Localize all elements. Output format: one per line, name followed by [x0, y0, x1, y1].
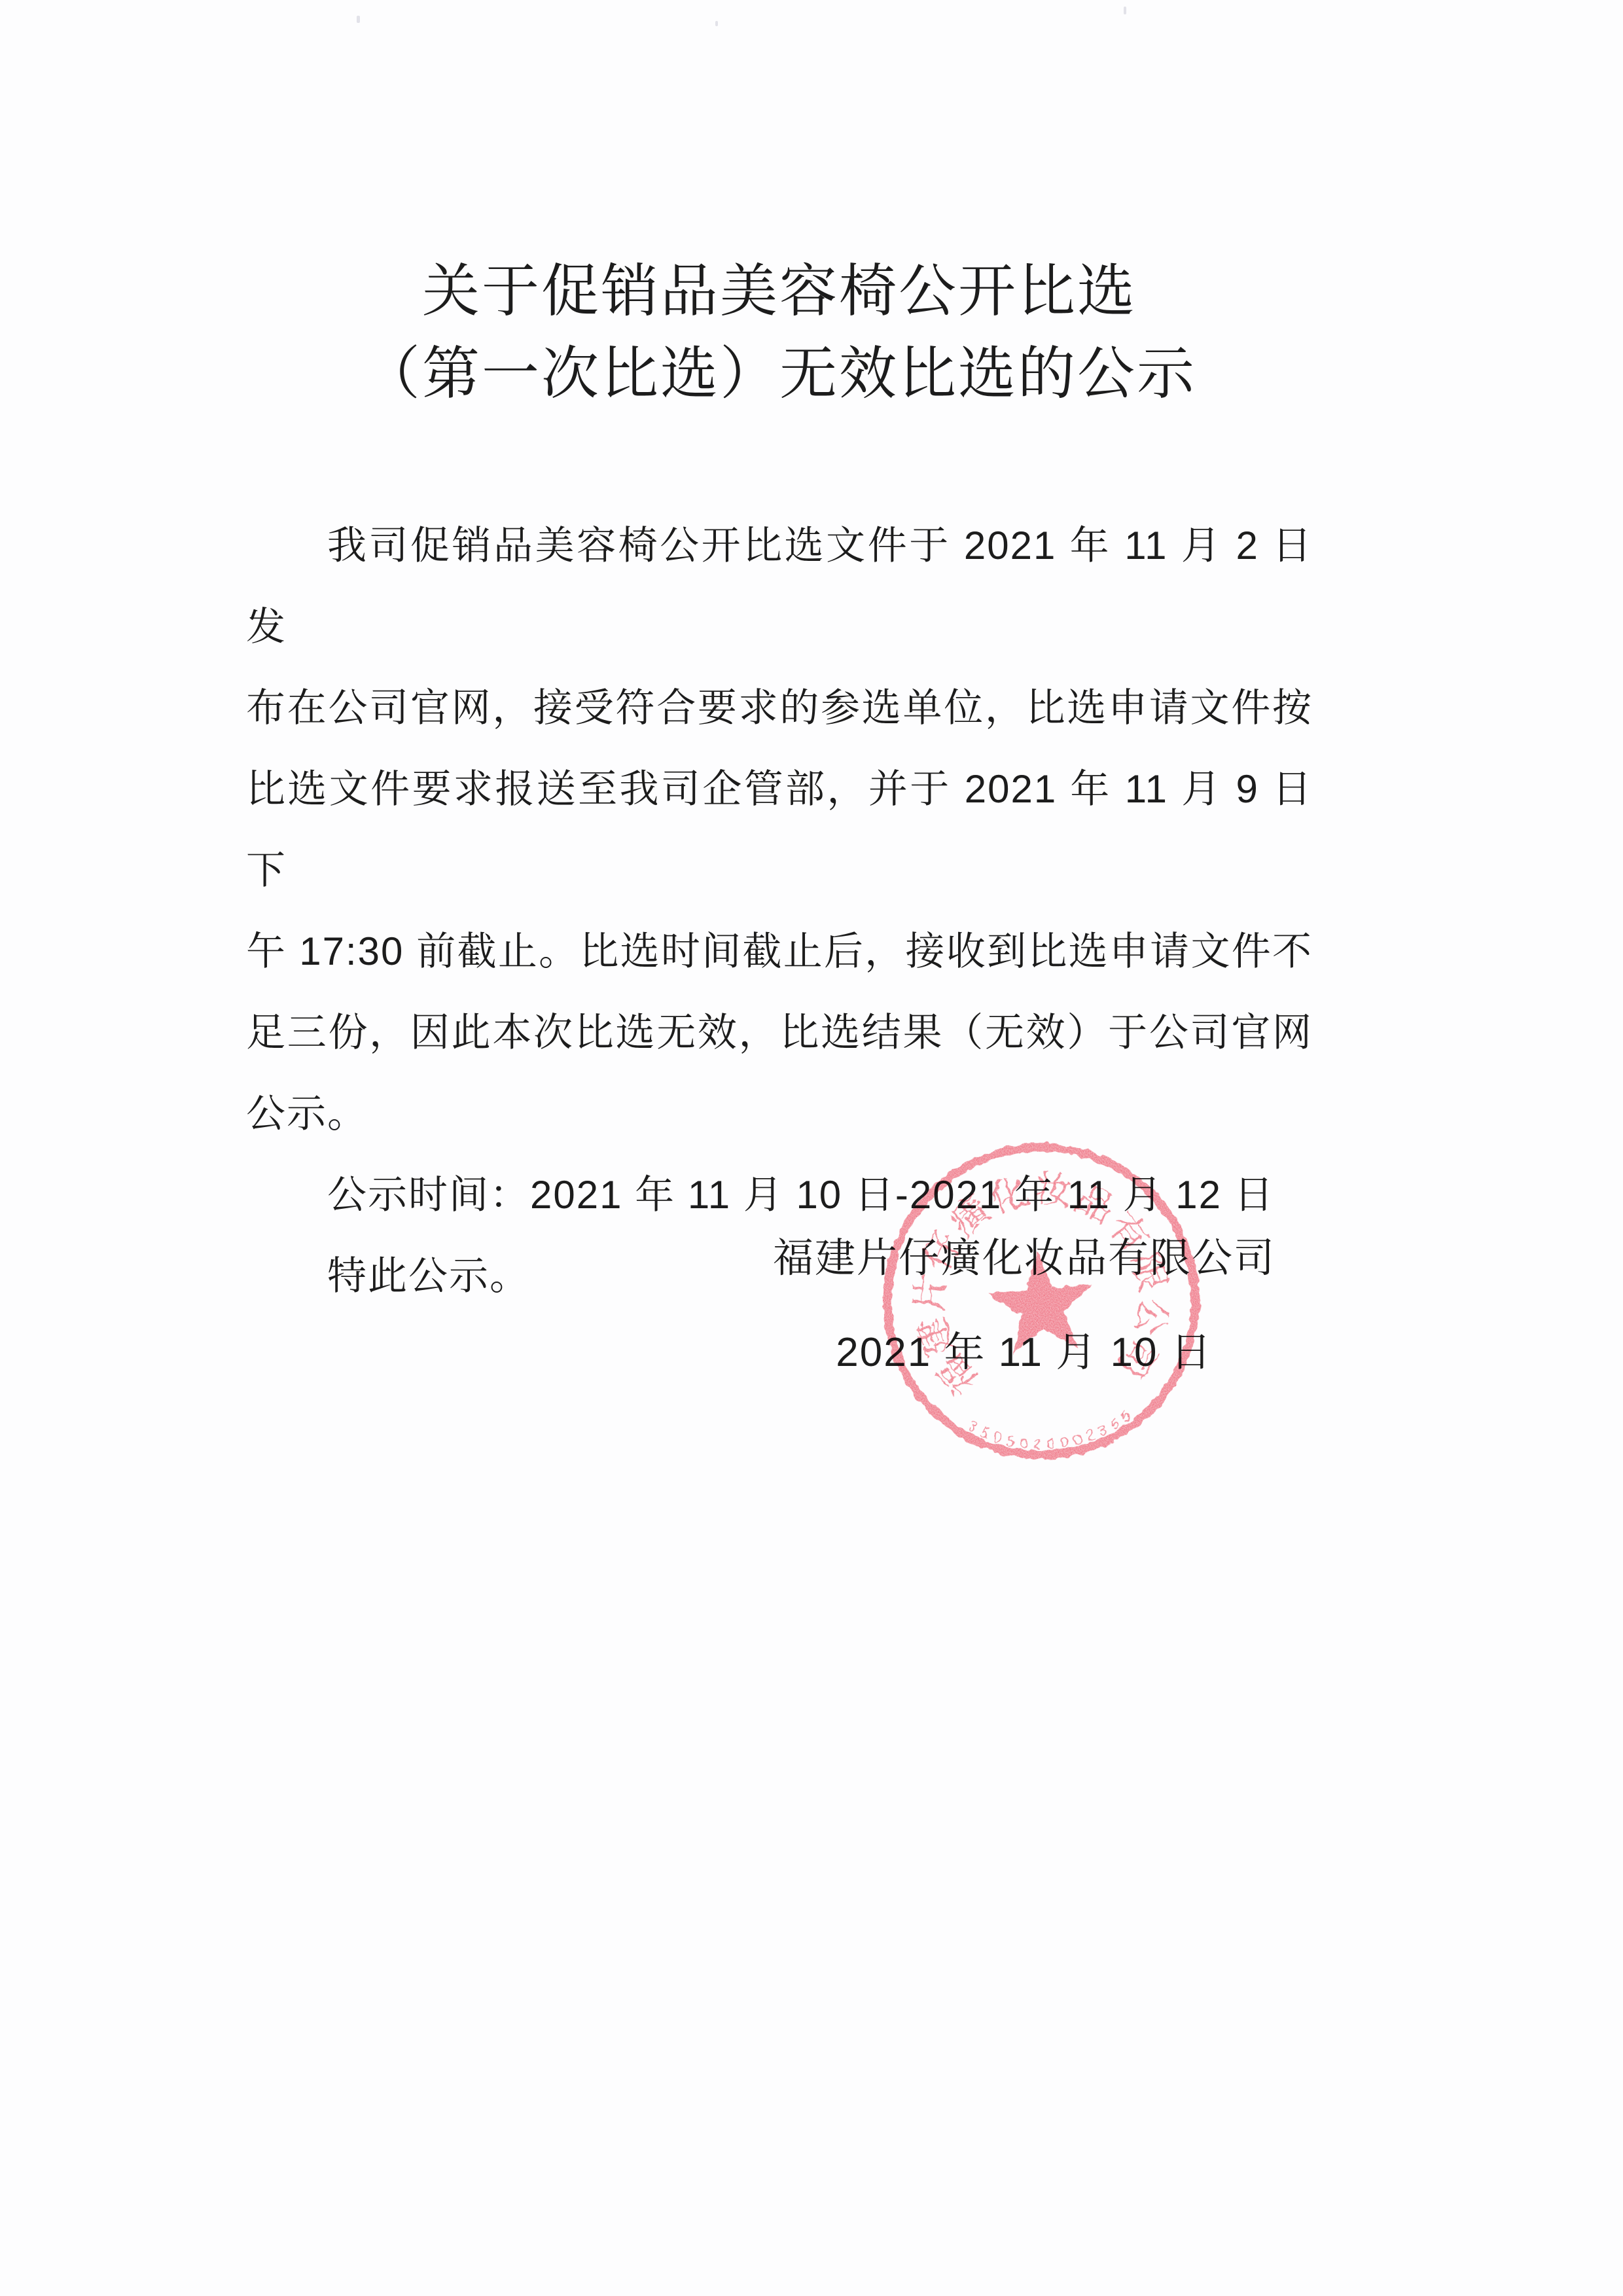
scan-speck [715, 21, 718, 26]
scanned-announcement-page: 关于促销品美容椅公开比选 （第一次比选）无效比选的公示 我司促销品美容椅公开比选… [0, 0, 1623, 2296]
body-line: 我司促销品美容椅公开比选文件于 2021 年 11 月 2 日发 [246, 505, 1313, 668]
body-line: 午 17:30 前截止。比选时间截止后，接收到比选申请文件不 [246, 911, 1313, 992]
document-title: 关于促销品美容椅公开比选 （第一次比选）无效比选的公示 [246, 250, 1313, 415]
red-star-icon [984, 1246, 1098, 1355]
title-line-2: （第一次比选）无效比选的公示 [246, 332, 1313, 415]
body-line: 足三份，因此本次比选无效，比选结果（无效）于公司官网 [246, 992, 1313, 1073]
company-seal: 福建片仔癀化妆品有限公司 3505020002355 [878, 1138, 1205, 1465]
body-line: 布在公司官网，接受符合要求的参选单位，比选申请文件按 [246, 668, 1313, 749]
body-line: 比选文件要求报送至我司企管部，并于 2021 年 11 月 9 日下 [246, 749, 1313, 911]
title-line-1: 关于促销品美容椅公开比选 [246, 250, 1313, 332]
scan-speck [357, 16, 360, 23]
scan-speck [1124, 7, 1126, 14]
seal-graphic: 福建片仔癀化妆品有限公司 3505020002355 [878, 1138, 1205, 1465]
